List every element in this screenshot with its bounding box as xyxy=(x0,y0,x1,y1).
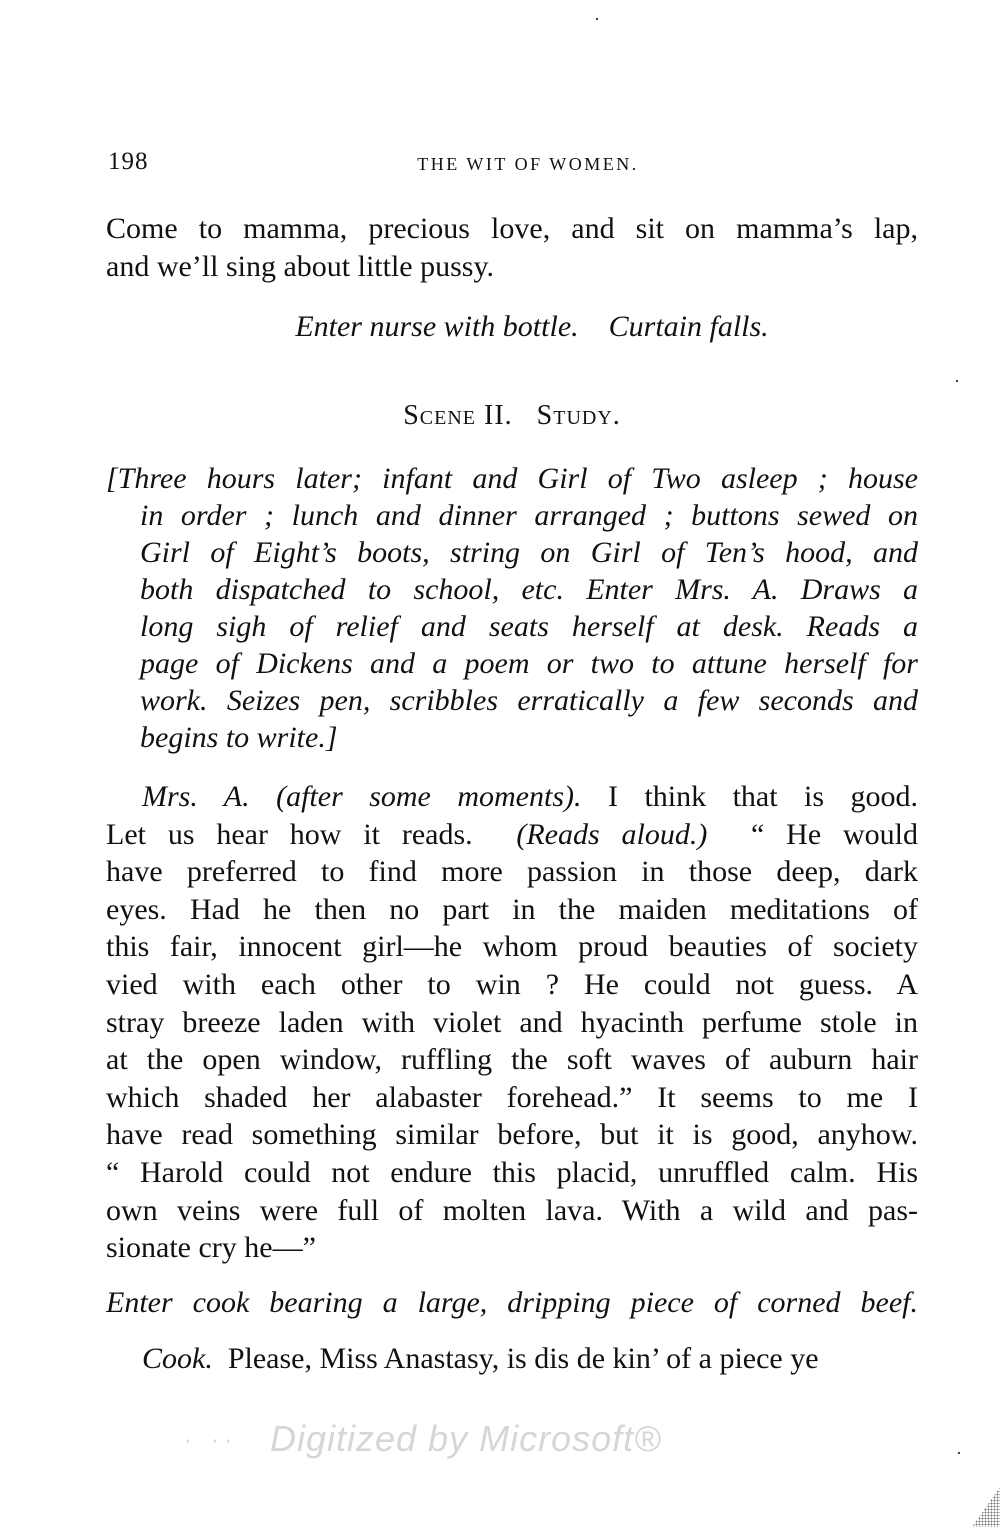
text-line: work. Seizes pen, scribbles erratically … xyxy=(106,682,918,719)
speech-text: I think that is good. xyxy=(608,780,918,813)
text-line: vied with each other to win ? He could n… xyxy=(106,966,918,1004)
text-line: Enter cook bearing a large, dripping pie… xyxy=(106,1284,918,1322)
speech-line: Cook. Please, Miss Anastasy, is dis de k… xyxy=(106,1340,918,1378)
scan-speck xyxy=(956,380,958,382)
text-line: begins to write.] xyxy=(106,719,918,756)
speech-text: Please, Miss Anastasy, is dis de kin’ of… xyxy=(228,1342,819,1375)
running-head: 198 THE WIT OF WOMEN. xyxy=(108,148,918,180)
text-line: long sigh of relief and seats herself at… xyxy=(106,608,918,645)
text-line: have read something similar before, but … xyxy=(106,1116,918,1154)
text-line: this fair, innocent girl—he whom proud b… xyxy=(106,928,918,966)
scan-speck xyxy=(596,18,598,20)
scene-heading: Scene II. Study. xyxy=(106,400,918,432)
watermark-fragment: , ,, xyxy=(186,1430,240,1446)
inline-stage-direction: (Reads aloud.) xyxy=(516,818,707,851)
scan-corner-artifact xyxy=(972,1487,1000,1527)
text-line: own veins were full of molten lava. With… xyxy=(106,1192,918,1230)
text-line: which shaded her alabaster forehead.” It… xyxy=(106,1079,918,1117)
speaker-name: Mrs. A. xyxy=(142,780,250,813)
text-line: [Three hours later; infant and Girl of T… xyxy=(106,460,918,497)
text-line: “ Harold could not endure this placid, u… xyxy=(106,1154,918,1192)
speaker-aside: (after some moments). xyxy=(276,780,581,813)
opening-paragraph: Come to mamma, precious love, and sit on… xyxy=(106,210,918,285)
text-line: eyes. Had he then no part in the maiden … xyxy=(106,891,918,929)
text-line: have preferred to find more passion in t… xyxy=(106,853,918,891)
text-line: both dispatched to school, etc. Enter Mr… xyxy=(106,571,918,608)
speaker-name: Cook. xyxy=(142,1342,213,1375)
text-line: at the open window, ruffling the soft wa… xyxy=(106,1041,918,1079)
stage-direction-cook-enters: Enter cook bearing a large, dripping pie… xyxy=(106,1284,918,1322)
text-line: and we’ll sing about little pussy. xyxy=(106,248,918,286)
text-line: in order ; lunch and dinner arranged ; b… xyxy=(106,497,918,534)
text-line: Let us hear how it reads. (Reads aloud.)… xyxy=(106,816,918,854)
digitized-watermark: Digitized by Microsoft® xyxy=(270,1418,830,1460)
bracketed-stage-direction: [Three hours later; infant and Girl of T… xyxy=(106,460,918,756)
speech-first-line: Mrs. A. (after some moments). I think th… xyxy=(106,778,918,816)
running-title: THE WIT OF WOMEN. xyxy=(108,154,918,175)
cook-speech: Cook. Please, Miss Anastasy, is dis de k… xyxy=(106,1340,918,1378)
text-line: Come to mamma, precious love, and sit on… xyxy=(106,210,918,248)
scan-speck xyxy=(958,1452,960,1454)
text-line: Girl of Eight’s boots, string on Girl of… xyxy=(106,534,918,571)
stage-direction-curtain: Enter nurse with bottle. Curtain falls. xyxy=(106,308,918,346)
mrs-a-speech: Mrs. A. (after some moments). I think th… xyxy=(106,778,918,1267)
book-page: 198 THE WIT OF WOMEN. Come to mamma, pre… xyxy=(0,0,1000,1527)
text-line: sionate cry he—” xyxy=(106,1229,918,1267)
text-line: page of Dickens and a poem or two to att… xyxy=(106,645,918,682)
text-line: stray breeze laden with violet and hyaci… xyxy=(106,1004,918,1042)
